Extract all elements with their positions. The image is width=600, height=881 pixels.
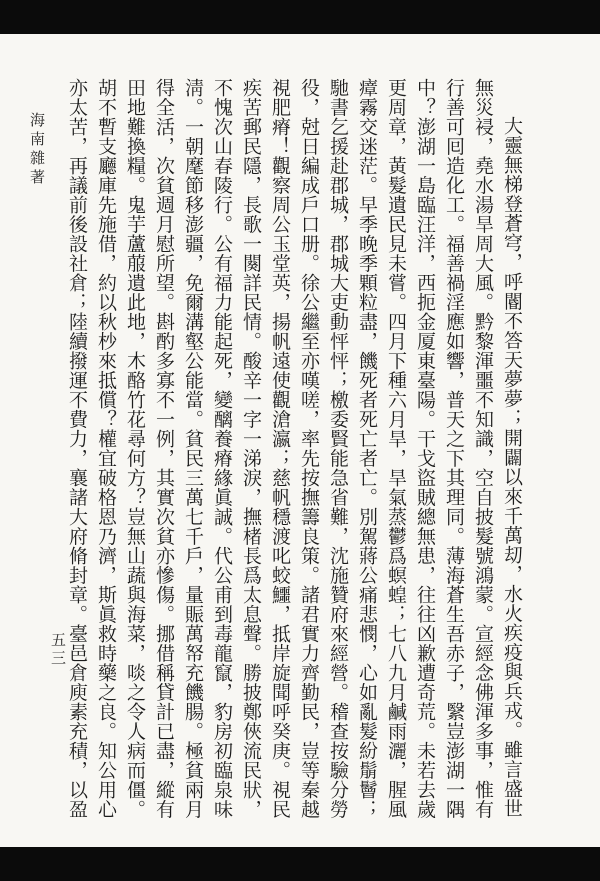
text-column: 中？澎湖一島臨汪洋，西扼金厦東臺陽。干戈盜賊總無患，往往凶歉遭奇荒。未若去歲 — [410, 78, 439, 848]
book-title: 海南雜著 — [26, 112, 47, 188]
text-column: 田地難換糧。鬼芋蘆菔遺此地，木酪竹花尋何方？豈無山蔬與海菜，啖之令人病而僵。 — [120, 78, 149, 848]
text-column: 視肥瘠！觀察周公玉堂英，揚帆遠使觀滄瀛；慈帆穩渡叱蛟鱷，抵岸旋聞呼癸庚。視民 — [265, 78, 294, 848]
text-column: 大靈無梯登蒼穹，呼閽不答天夢夢；開闢以來千萬刧，水火疾疫與兵戎。雖言盛世 — [497, 78, 526, 848]
text-column: 無災祲，堯水湯旱周大風。黔黎渾噩不知識，空自披髮號鴻蒙。宣經念佛渾多事，惟有 — [468, 78, 497, 848]
text-column: 胡不暫支廳庫先施借，約以秋杪來抵償？權宜破格恩乃濟，斯眞救時藥之良。知公用心 — [91, 78, 120, 848]
text-column: 役，尅日編成戶口册。徐公繼至亦嘆嗟，率先按撫籌良策。諸君實力齊勤民，豈等秦越 — [294, 78, 323, 848]
text-column: 瘴霧交迷茫。早季晚季顆粒盡，饑死者死亡者亡。別駕蔣公痛悲憫，心如亂髮紛鬅鬙； — [352, 78, 381, 848]
bottom-border-bar — [0, 847, 600, 881]
poem-text-block: 大靈無梯登蒼穹，呼閽不答天夢夢；開闢以來千萬刧，水火疾疫與兵戎。雖言盛世 無災祲… — [58, 78, 526, 848]
text-column: 亦太苦，再議前後設社倉；陸續撥運不費力，襄諸大府脩封章。臺邑倉庾素充積，以盈 — [62, 78, 91, 848]
text-column: 疾苦郵民隱，長歌一闋詳民情。酸辛一字一涕淚，撫楮長爲太息聲。勝披鄭俠流民狀， — [236, 78, 265, 848]
text-column: 更周章，黃髮遺民見未嘗。四月下種六月旱，旱氣蒸鬱爲螟蝗；七八九月鹹雨灑，腥風 — [381, 78, 410, 848]
text-column: 不愧次山春陵行。公有福力能起死，變醨養瘠緣眞誠。代公甫到毒龍竄，豹房初臨泉味 — [207, 78, 236, 848]
text-column: 淸。一朝麾節移澎疆，免爾溝壑公能當。貧民三萬七千戶，量賑萬帑充饑腸。極貧兩月 — [178, 78, 207, 848]
text-column: 行善可囘造化工。福善禍淫應如響，普天之下其理同。薄海蒼生吾赤子，繄豈澎湖一隅 — [439, 78, 468, 848]
text-column: 馳書乞援赴郡城，郡城大吏動怦怦；檄委賢能急省難，沈施贊府來經營。稽查按驗分勞 — [323, 78, 352, 848]
book-page: 海南雜著 大靈無梯登蒼穹，呼閽不答天夢夢；開闢以來千萬刧，水火疾疫與兵戎。雖言盛… — [0, 0, 600, 881]
text-column: 得全活，次貧週月慰所望。斟酌多寡不一例，其實次貧亦慘傷。挪借稱貸計已盡，縱有 — [149, 78, 178, 848]
page-number: 五三 — [47, 632, 68, 668]
top-border-bar — [0, 0, 600, 34]
